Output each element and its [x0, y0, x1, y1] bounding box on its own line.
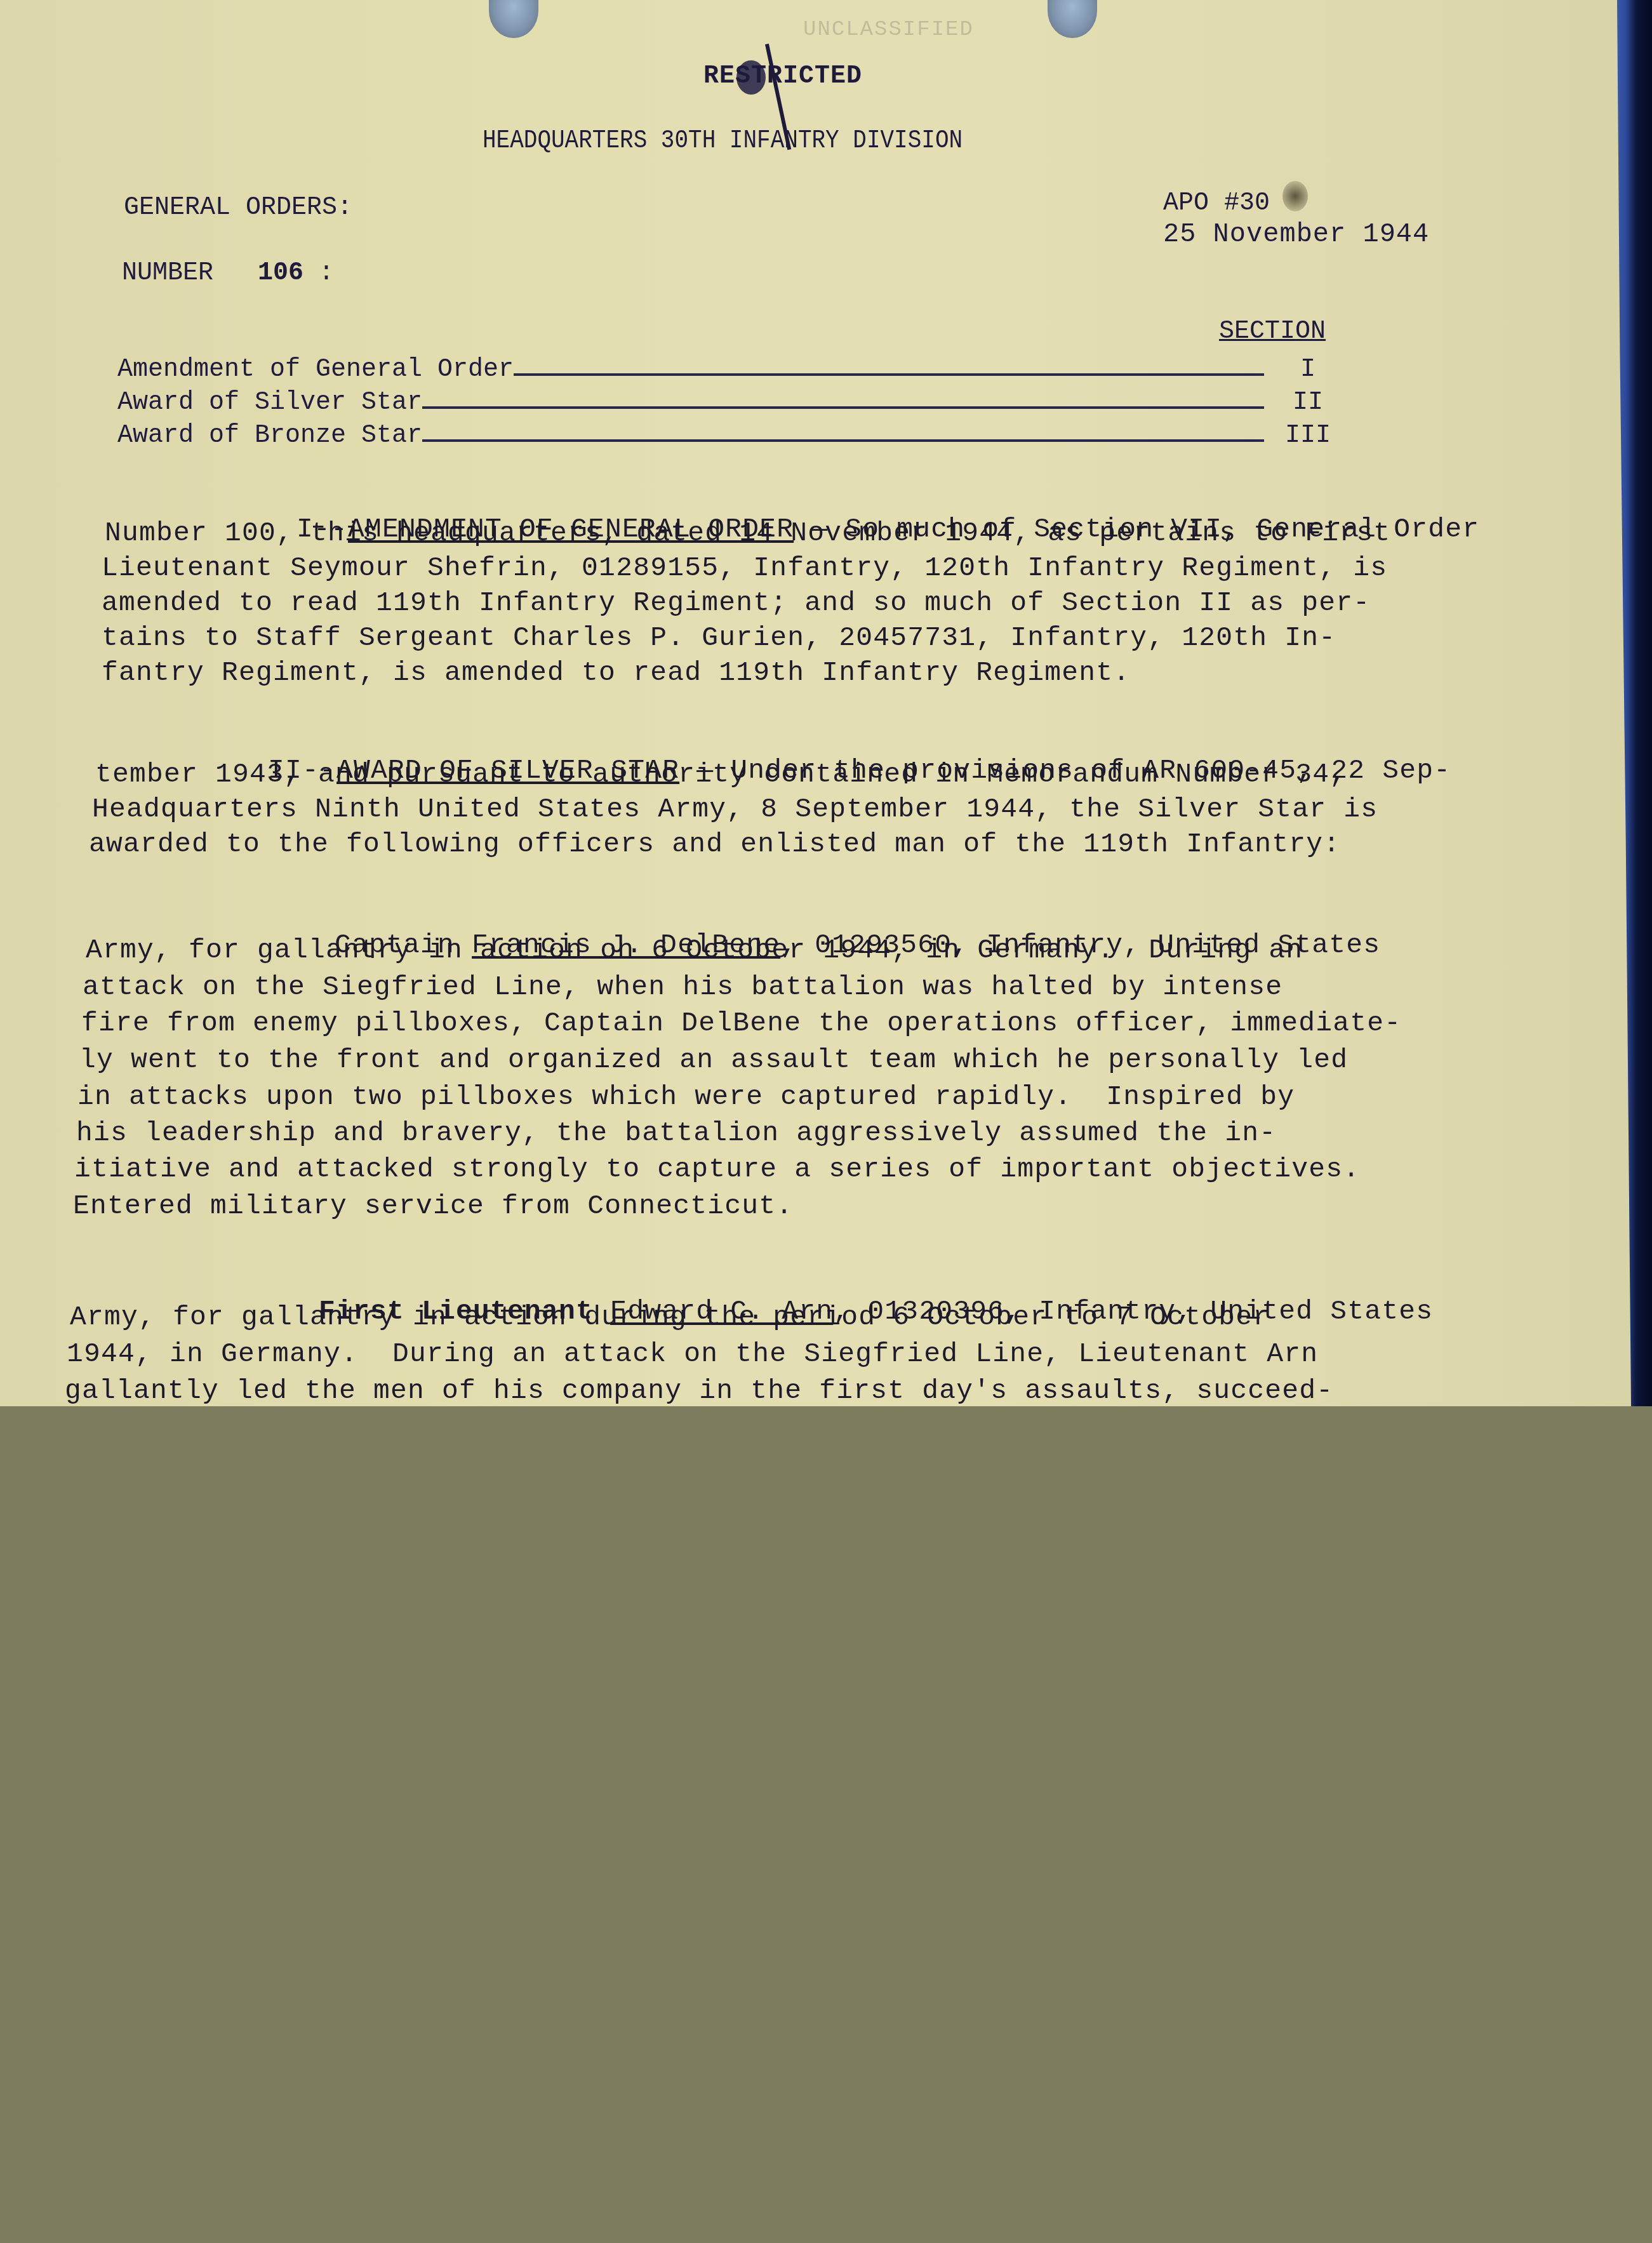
paragraph-line: fire from enemy pillboxes, Captain DelBe…: [81, 1008, 1401, 1039]
paragraph-line: fantry Regiment, is amended to read 119t…: [102, 657, 1130, 688]
toc-section-header: SECTION: [1219, 317, 1326, 346]
paragraph-line: tember 1943, and pursuant to authority c…: [95, 759, 1347, 790]
paragraph-line: Number 100, this headquarters, dated 14 …: [105, 517, 1390, 549]
paragraph-line: 1944, in Germany. During an attack on th…: [67, 1338, 1318, 1369]
paragraph-line: his leadership and bravery, the battalio…: [76, 1117, 1276, 1148]
toc-row: Award of Bronze Star III: [117, 422, 1343, 455]
toc-row: Award of Silver Star II: [117, 389, 1343, 422]
toc-leader-line: [514, 357, 1264, 376]
paragraph-line: Headquarters Ninth United States Army, 8…: [92, 794, 1378, 825]
page-edge-shadow: [1617, 0, 1652, 1406]
punch-hole-right: [1048, 0, 1097, 38]
number-suffix: :: [319, 259, 334, 288]
order-number: 106: [258, 259, 303, 288]
toc-row: Amendment of General Order I: [117, 356, 1343, 389]
document-page: UNCLASSIFIED RESTRICTED HEADQUARTERS 30T…: [0, 0, 1652, 1406]
toc-label: Award of Silver Star: [117, 389, 422, 417]
paragraph-line: in attacks upon two pillboxes which were…: [77, 1081, 1295, 1112]
paragraph-line: tains to Staff Sergeant Charles P. Gurie…: [102, 622, 1336, 653]
toc-leader-line: [422, 390, 1264, 409]
classification-marking: RESTRICTED: [703, 62, 862, 91]
apo-number: APO #30: [1163, 189, 1270, 218]
paragraph-line: amended to read 119th Infantry Regiment;…: [102, 587, 1370, 618]
headquarters-title: HEADQUARTERS 30TH INFANTRY DIVISION: [483, 127, 963, 156]
general-orders-label: GENERAL ORDERS:: [124, 194, 352, 222]
punch-hole-left: [489, 0, 538, 38]
paragraph-line: Entered military service from Connecticu…: [73, 1190, 793, 1221]
paragraph-line: attack on the Siegfried Line, when his b…: [83, 971, 1282, 1002]
paragraph-line: ly went to the front and organized an as…: [79, 1044, 1348, 1075]
toc-section-number: I: [1273, 356, 1343, 384]
cropped-blank-area: [0, 1406, 1652, 2243]
number-label: NUMBER: [122, 259, 213, 288]
order-date: 25 November 1944: [1163, 219, 1429, 250]
paragraph-line: Army, for gallantry in action on 6 Octob…: [86, 935, 1303, 966]
paragraph-line: itiative and attacked strongly to captur…: [74, 1154, 1360, 1185]
order-number-line: NUMBER106 :: [122, 259, 334, 288]
paragraph-line: Lieutenant Seymour Shefrin, 01289155, In…: [102, 552, 1387, 583]
toc-section-number: III: [1273, 422, 1343, 450]
toc-section-number: II: [1273, 389, 1343, 417]
paragraph-line: Army, for gallantry in action during the…: [70, 1301, 1270, 1333]
toc-leader-line: [422, 423, 1264, 442]
stain-mark: [1282, 181, 1308, 211]
paragraph-line: gallantly led the men of his company in …: [65, 1375, 1333, 1406]
faded-classification-stamp: UNCLASSIFIED: [803, 18, 974, 42]
toc-label: Amendment of General Order: [117, 356, 514, 384]
toc-label: Award of Bronze Star: [117, 422, 422, 450]
paragraph-line: awarded to the following officers and en…: [89, 829, 1340, 860]
